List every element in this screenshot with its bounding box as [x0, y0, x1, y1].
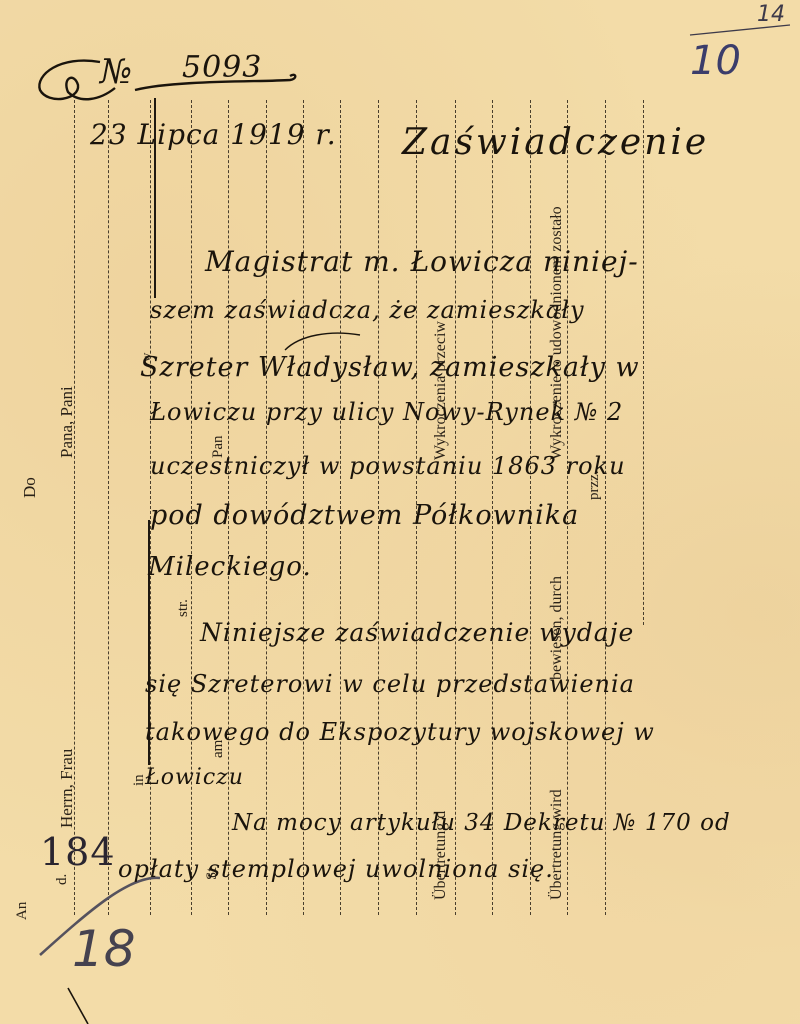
body-line: się Szreterowi w celu przedstawienia: [145, 670, 635, 698]
label-d: d.: [54, 874, 71, 885]
body-line: Łowiczu przy ulicy Nowy-Rynek № 2: [150, 398, 623, 426]
body-line: Łowiczu: [145, 765, 244, 790]
column-rule: [605, 100, 606, 915]
body-line: Mileckiego.: [148, 552, 312, 582]
label-pana-pani: Pana, Pani: [57, 386, 77, 458]
label-herrn-frau: Herrn, Frau: [57, 749, 77, 828]
body-line: Szreter Władysław, zamieszkały w: [140, 352, 640, 383]
margin-ref-number: 184: [40, 830, 116, 874]
body-line: Niniejsze zaświadczenie wydaje: [200, 618, 634, 647]
body-line-text: szem zaświadcza, że zamieszkały: [150, 296, 585, 324]
label-wykroczenia-przeciw: Wykroczenia przeciw: [432, 321, 450, 460]
document-title: Zaświadczenie: [402, 122, 709, 163]
body-line: Magistrat m. Łowicza niniej-: [205, 245, 639, 278]
label-str: str.: [175, 599, 192, 617]
label-ubertretung-wird: Übertretung wird: [548, 789, 566, 900]
archive-page-number-top: 14: [757, 2, 785, 27]
body-line: pod dowództwem Półkownika: [150, 500, 579, 531]
archive-page-number: 10: [690, 38, 741, 84]
body-line: opłaty stemplowej uwolniona się.: [118, 855, 554, 883]
body-line: Na mocy artykułu 34 Dekretu № 170 od: [232, 810, 731, 836]
label-do: Do: [20, 477, 40, 498]
document-number: 5093: [182, 50, 262, 85]
body-line: takowego do Ekspozytury wojskowej w: [145, 718, 655, 746]
column-rule: [643, 100, 644, 625]
column-rule: [108, 100, 109, 915]
margin-pencil-number: 18: [72, 920, 136, 978]
label-an: An: [14, 902, 31, 920]
body-line: uczestniczył w powstaniu 1863 roku: [150, 452, 626, 480]
body-line: szem zaświadcza, że zamieszkały: [150, 296, 585, 324]
document-date: 23 Lipca 1919 r.: [90, 118, 337, 151]
document-number-label: №: [100, 52, 133, 92]
